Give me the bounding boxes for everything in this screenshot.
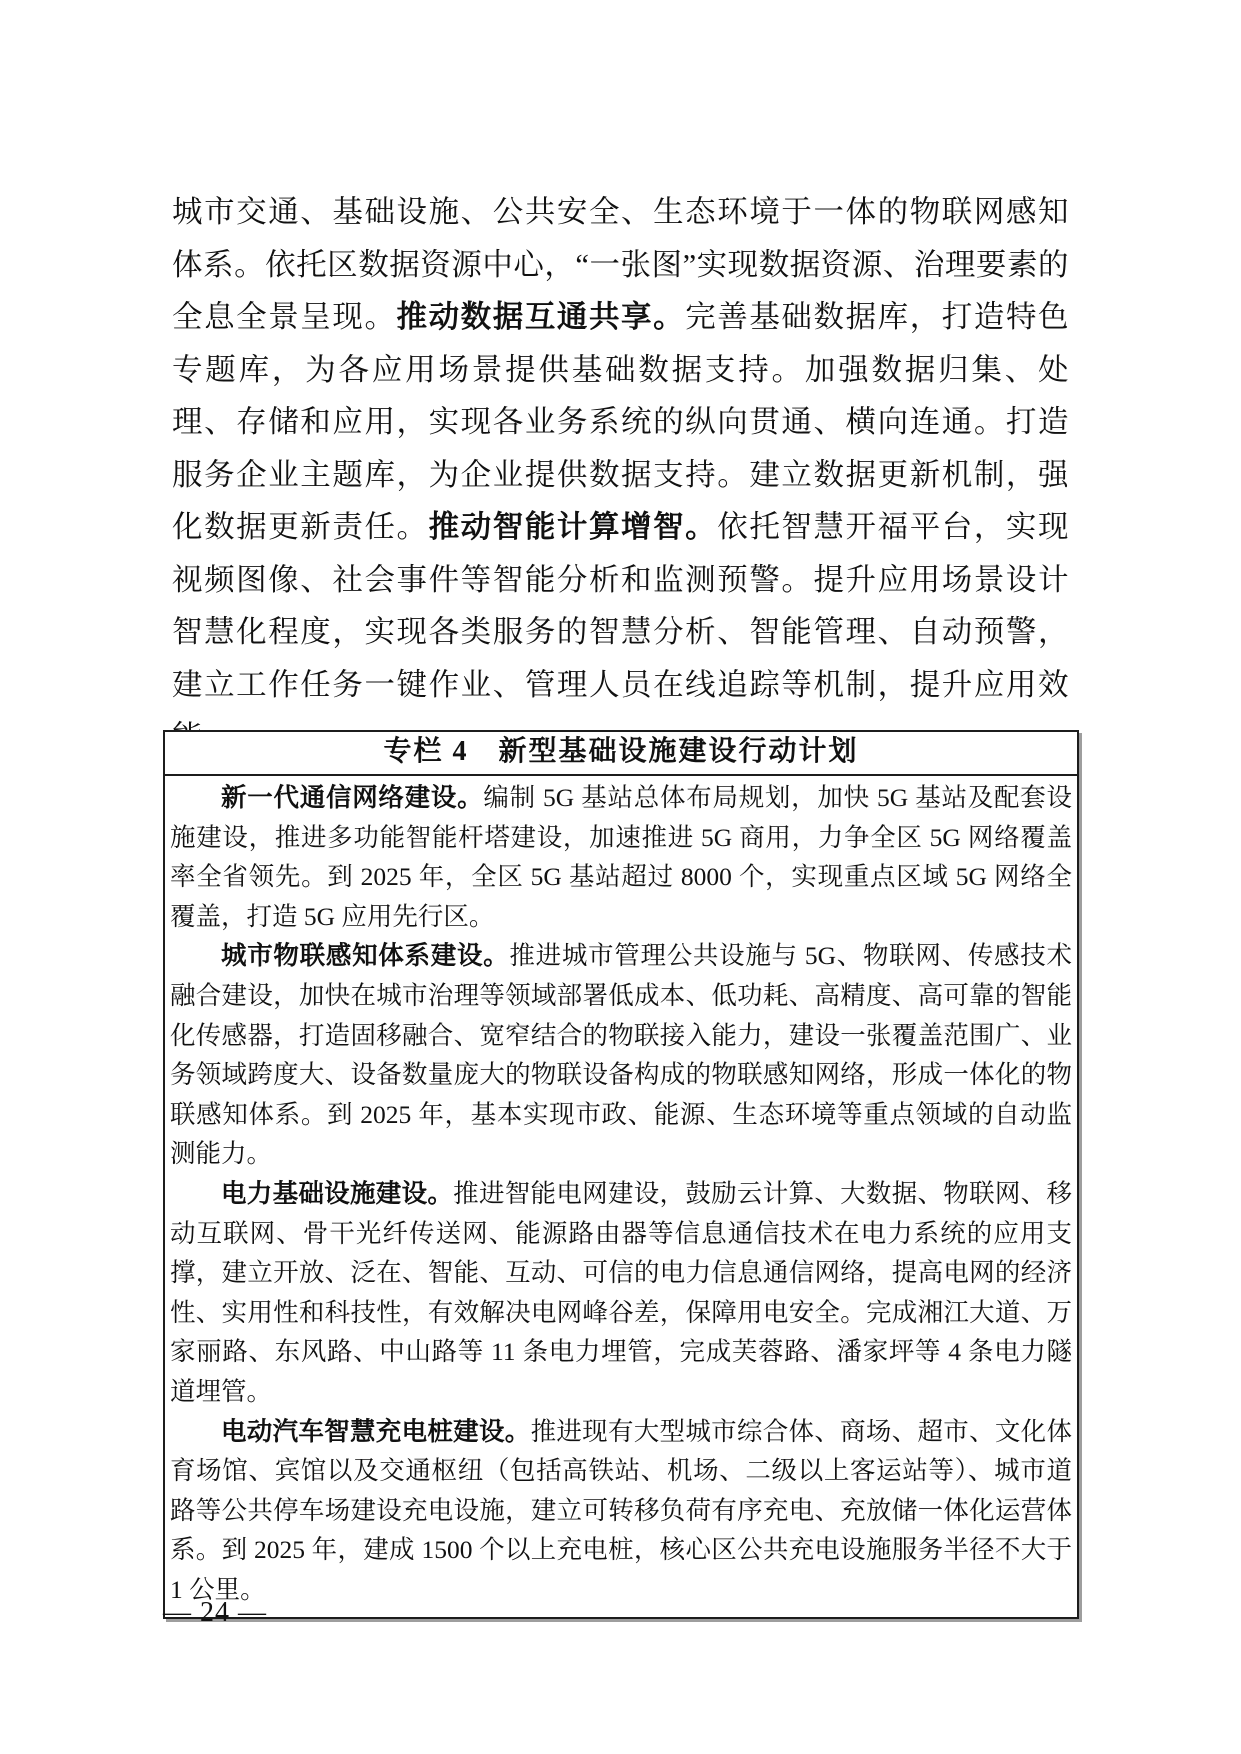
body-text-segment: 完善基础数据库，打造特色专题库，为各应用场景提供基础数据支持。加强数据归集、处理… <box>172 300 1069 544</box>
page-number: — 24 — <box>163 1597 267 1629</box>
body-text-segment: 依托智慧开福平台，实现视频图像、社会事件等智能分析和监测预警。提升应用场景设计智… <box>172 510 1069 754</box>
document-page: 城市交通、基础设施、公共安全、生态环境于一体的物联网感知体系。依托区数据资源中心… <box>0 0 1241 1754</box>
body-paragraph: 城市交通、基础设施、公共安全、生态环境于一体的物联网感知体系。依托区数据资源中心… <box>172 186 1069 764</box>
emphasis-text: 推动智能计算增智。 <box>429 510 718 544</box>
column-box-paragraph: 电动汽车智慧充电桩建设。推进现有大型城市综合体、商场、超市、文化体育场馆、宾馆以… <box>170 1412 1072 1610</box>
paragraph-lead: 新一代通信网络建设。 <box>221 783 483 812</box>
paragraph-lead: 城市物联感知体系建设。 <box>221 941 509 970</box>
column-box-paragraph: 城市物联感知体系建设。推进城市管理公共设施与 5G、物联网、传感技术融合建设，加… <box>170 936 1072 1174</box>
column-box-paragraph: 新一代通信网络建设。编制 5G 基站总体布局规划，加快 5G 基站及配套设施建设… <box>170 778 1072 936</box>
paragraph-lead: 电动汽车智慧充电桩建设。 <box>221 1417 531 1446</box>
column-box: 专栏 4 新型基础设施建设行动计划 新一代通信网络建设。编制 5G 基站总体布局… <box>163 730 1079 1619</box>
column-box-title: 专栏 4 新型基础设施建设行动计划 <box>165 732 1077 776</box>
column-box-paragraph: 电力基础设施建设。推进智能电网建设，鼓励云计算、大数据、物联网、移动互联网、骨干… <box>170 1174 1072 1412</box>
emphasis-text: 推动数据互通共享。 <box>397 300 686 334</box>
column-box-content: 新一代通信网络建设。编制 5G 基站总体布局规划，加快 5G 基站及配套设施建设… <box>165 776 1077 1617</box>
paragraph-lead: 电力基础设施建设。 <box>221 1179 453 1208</box>
